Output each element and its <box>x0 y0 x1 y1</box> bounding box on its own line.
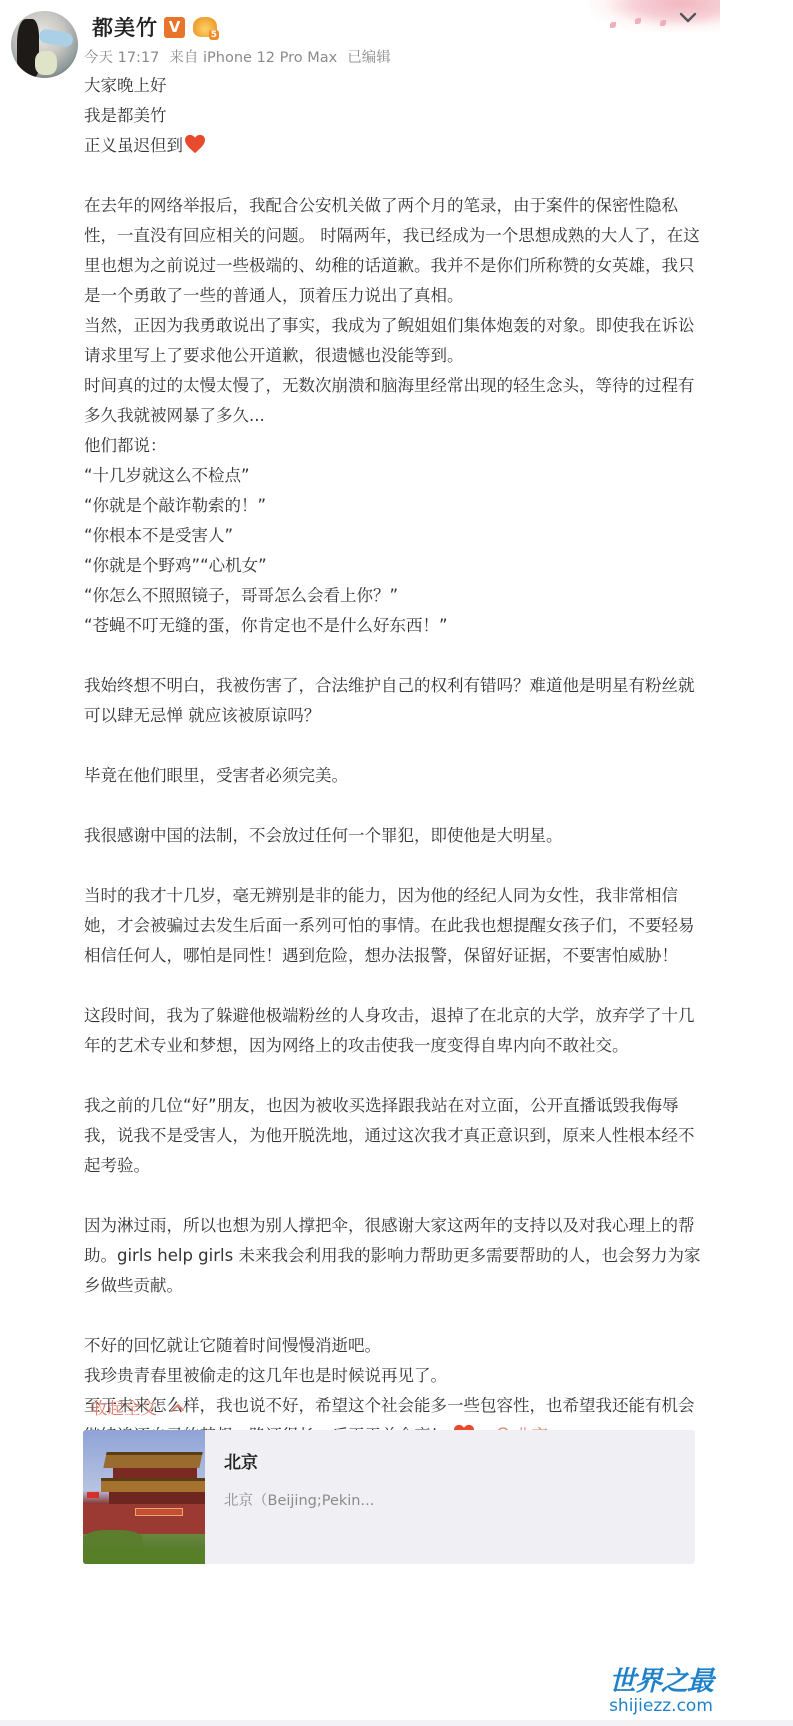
petal <box>660 20 666 26</box>
post-content: 大家晚上好 我是都美竹 正义虽迟但到 在去年的网络举报后，我配合公安机关做了两个… <box>84 71 704 1451</box>
image-roof <box>103 1452 202 1468</box>
post-source: 来自 iPhone 12 Pro Max <box>169 46 337 67</box>
paragraph: 我珍贵青春里被偷走的这几年也是时候说再见了。 <box>84 1361 704 1391</box>
justice-text: 正义虽迟但到 <box>84 136 183 155</box>
paragraph: 因为淋过雨，所以也想为别人撑把伞，很感谢大家这两年的支持以及对我心理上的帮助。g… <box>84 1211 704 1301</box>
location-card[interactable]: 北京 北京（Beijing;Pekin... <box>83 1430 695 1564</box>
paragraph: 我始终想不明白，我被伤害了，合法维护自己的权利有错吗？难道他是明星有粉丝就可以肆… <box>84 671 704 731</box>
paragraph: 不好的回忆就让它随着时间慢慢消逝吧。 <box>84 1331 704 1361</box>
image-sign <box>135 1508 183 1516</box>
quote-line: “你根本不是受害人” <box>84 521 704 551</box>
watermark: 世界之最 shijiezz.com <box>601 1668 721 1716</box>
spacer <box>84 851 704 881</box>
paragraph: 他们都说： <box>84 431 704 461</box>
post-timestamp: 今天 17:17 <box>84 46 159 67</box>
avatar[interactable] <box>11 11 78 78</box>
heart-emoji-icon <box>184 134 206 154</box>
crown-badge-icon[interactable]: 5 <box>191 14 219 40</box>
justice-line: 正义虽迟但到 <box>84 131 704 161</box>
chevron-down-icon <box>679 12 697 24</box>
crown-level: 5 <box>209 30 219 40</box>
username[interactable]: 都美竹 <box>92 12 158 42</box>
post-header: 都美竹 V 5 今天 17:17 来自 iPhone 12 Pro Max 已编… <box>0 0 793 80</box>
watermark-en: shijiezz.com <box>601 1696 721 1716</box>
petal <box>610 22 616 28</box>
spacer <box>84 1061 704 1091</box>
location-card-description: 北京（Beijing;Pekin... <box>224 1489 374 1510</box>
tiananmen-image <box>83 1430 205 1564</box>
location-card-text: 北京 北京（Beijing;Pekin... <box>205 1430 374 1564</box>
spacer <box>84 1181 704 1211</box>
paragraph: 在去年的网络举报后，我配合公安机关做了两个月的笔录，由于案件的保密性隐私性，一直… <box>84 191 704 311</box>
image-roof <box>101 1478 205 1492</box>
quote-line: “你怎么不照照镜子，哥哥怎么会看上你？” <box>84 581 704 611</box>
spacer <box>84 161 704 191</box>
paragraph: 当然，正因为我勇敢说出了事实，我成为了鲵姐姐们集体炮轰的对象。即使我在诉讼请求里… <box>84 311 704 371</box>
avatar-sleeve <box>38 28 74 48</box>
paragraph: 当时的我才十几岁，毫无辨别是非的能力，因为他的经纪人同为女性，我非常相信她，才会… <box>84 881 704 971</box>
chevron-up-icon <box>171 1402 185 1412</box>
image-hall <box>109 1492 205 1504</box>
paragraph: 我很感谢中国的法制，不会放过任何一个罪犯，即使他是大明星。 <box>84 821 704 851</box>
paragraph: 毕竟在他们眼里，受害者必须完美。 <box>84 761 704 791</box>
quote-line: “你就是个敲诈勒索的！” <box>84 491 704 521</box>
intro-line: 我是都美竹 <box>84 101 704 131</box>
watermark-cn: 世界之最 <box>601 1668 721 1696</box>
spacer <box>84 641 704 671</box>
post-meta: 今天 17:17 来自 iPhone 12 Pro Max 已编辑 <box>84 46 391 67</box>
spacer <box>84 1301 704 1331</box>
collapse-label: 收起全文 <box>91 1395 157 1419</box>
bottom-divider <box>0 1720 793 1726</box>
verified-badge-icon[interactable]: V <box>164 17 185 38</box>
paragraph: 这段时间，我为了躲避他极端粉丝的人身攻击，退掉了在北京的大学，放弃学了十几年的艺… <box>84 1001 704 1061</box>
image-lawn <box>83 1548 205 1564</box>
quote-line: “十几岁就这么不检点” <box>84 461 704 491</box>
image-flag <box>87 1492 99 1498</box>
location-card-title: 北京 <box>224 1448 374 1473</box>
edited-label[interactable]: 已编辑 <box>347 46 391 67</box>
username-row: 都美竹 V 5 <box>92 12 219 42</box>
quote-line: “苍蝇不叮无缝的蛋，你肯定也不是什么好东西！” <box>84 611 704 641</box>
paragraph: 我之前的几位“好”朋友，也因为被收买选择跟我站在对立面，公开直播诋毁我侮辱我，说… <box>84 1091 704 1181</box>
avatar-bouquet <box>35 51 57 75</box>
spacer <box>84 971 704 1001</box>
collapse-full-text-button[interactable]: 收起全文 <box>91 1395 185 1419</box>
post-menu-button[interactable] <box>674 6 702 30</box>
quote-line: “你就是个野鸡”“心机女” <box>84 551 704 581</box>
spacer <box>84 791 704 821</box>
paragraph: 时间真的过的太慢太慢了，无数次崩溃和脑海里经常出现的轻生念头，等待的过程有多久我… <box>84 371 704 431</box>
petal <box>635 18 641 24</box>
greeting-line: 大家晚上好 <box>84 71 704 101</box>
spacer <box>84 731 704 761</box>
